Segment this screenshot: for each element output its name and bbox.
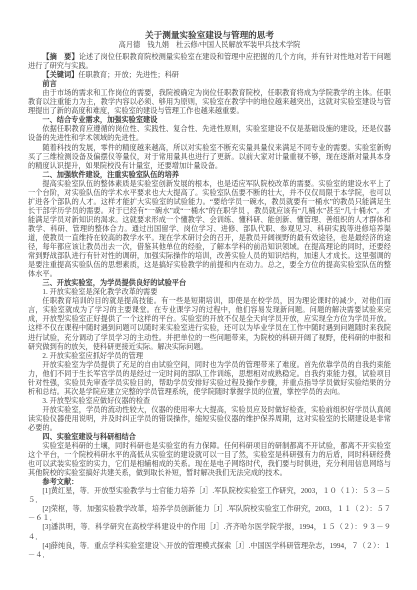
paragraph: 开放实验室，学员的流动性较大，仪器的使用率大大提高，实验员应及时做好检查，实验前… [28,406,391,433]
section-heading: 前言 [28,80,391,89]
reference-item: [3]潘洪明，等．科学研究在高校学科建设中的作用［J］.齐齐哈尔医学院学报，19… [28,523,391,541]
subsection-heading: 2. 开放实验室应抓好学员的管理 [28,352,391,361]
subsection-heading: 1. 开放实验室是深化教学改革的需要 [28,288,391,297]
paragraph: 随着科技的发展，零件的精度越来越高，所以对实验室不断充实量具量仪来满足不同专业的… [28,144,391,171]
reference-item: [4]薛纯良，等．重点学科实验室建设＼开放的管理模式探索［J］.中国医学科研管理… [28,542,391,560]
references-heading: 参考文献： [28,478,391,487]
paragraph: 依据任职教育应遵循的岗位性、实践性、复合性、先进性原则，实验室建设不仅是基础设施… [28,125,391,143]
keywords-label: 【关键词】 [42,71,78,79]
abstract-line: 【摘 要】论述了岗位任职教育院校测量实验室在建设和管理中应把握的几个方向，并有针… [28,53,391,71]
abstract-text: 论述了岗位任职教育院校测量实验室在建设和管理中应把握的几个方向，并有针对性地对若… [28,53,391,70]
section-heading: 二、加强软件建设，注重实验室队伍的培养 [28,171,391,180]
section-heading: 四、实验室建设与科研相结合 [28,433,391,442]
article-title: 关于测量实验室建设与管理的思考 [28,30,391,40]
paragraph: 提高实验室队伍的整体素质是实验室创新发展的根本，也是适应军队院校改革的需要。实验… [28,180,391,280]
paragraph: 实验室是科研的土壤，同时科研也是实验室的有力保障。任何科研项目的研制都离不开试验… [28,442,391,478]
paragraph: 由于市场的需求和工作岗位的需要，我院被确定为岗位任职教育院校，任职教育将成为学院… [28,89,391,116]
reference-item: [1]黄红星，等．开放型实验教学与士官能力培养［J］.军队院校实验室工作研究，2… [28,487,391,505]
reference-item: [2]荣枢，等．加强实验教学改革，培养学员创新能力［J］.军队院校实验室工作研究… [28,505,391,523]
paragraph: 任职教育培训的目的就是提高技能。有一些是短期培训，即使是在校学员，因为理论课时的… [28,297,391,351]
keywords-text: 任职教育；开放；先进性；科研 [78,71,179,79]
abstract-label: 【摘 要】 [42,53,78,61]
section-heading: 三、开放实验室，为学员提供良好的试验平台 [28,279,391,288]
keywords-line: 【关键词】任职教育；开放；先进性；科研 [28,71,391,80]
paragraph: 开放实验室为学员提供了充足的自由试验空间，同时也为学员的管理带来了难度。首先依靠… [28,361,391,397]
document-page: 关于测量实验室建设与管理的思考 高月德 钱九娟 杜云修/中国人民解放军装甲兵技术… [0,0,417,590]
article-authors: 高月德 钱九娟 杜云修/中国人民解放军装甲兵技术学院 [28,41,391,50]
subsection-heading: 3. 开放型实验室应做好仪器的检查 [28,397,391,406]
article-body: 前言由于市场的需求和工作岗位的需要，我院被确定为岗位任职教育院校，任职教育将成为… [28,80,391,559]
